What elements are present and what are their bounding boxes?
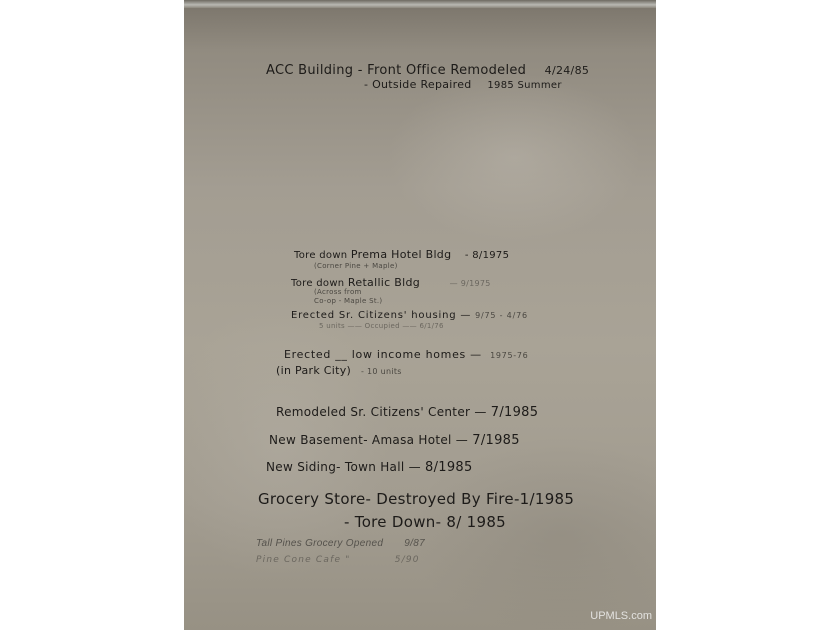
grocery-tore-down-line: - Tore Down- 8/ 1985 (344, 513, 506, 531)
sr-housing-line: Erected Sr. Citizens' housing — 9/75 - 4… (291, 310, 528, 321)
sr-housing-details: 5 units —— Occupied —— 6/1/76 (319, 322, 444, 330)
watermark: UPMLS.com (590, 610, 652, 622)
low-income-line: Erected __ low income homes — 1975-76 (284, 348, 528, 361)
low-income-text: Erected __ low income homes — (284, 348, 482, 361)
acc-building-text: ACC Building - Front Office Remodeled (266, 63, 526, 78)
sr-center-text: Remodeled Sr. Citizens' Center — (276, 405, 487, 419)
pine-cone-date: 5/90 (395, 555, 420, 565)
wall-photo: ACC Building - Front Office Remodeled 4/… (184, 0, 656, 630)
pine-cone-line: Pine Cone Cafe " 5/90 (256, 555, 420, 565)
pine-cone-text: Pine Cone Cafe " (256, 555, 351, 565)
retallic-date: — 9/1975 (450, 279, 491, 288)
retallic-location-line1: (Across from (314, 288, 382, 297)
amasa-hotel-line: New Basement- Amasa Hotel — 7/1985 (269, 433, 520, 448)
town-hall-line: New Siding- Town Hall — 8/1985 (266, 460, 473, 475)
sr-center-date: 7/1985 (491, 405, 539, 420)
park-city-text: (in Park City) (276, 364, 351, 377)
acc-building-line: ACC Building - Front Office Remodeled 4/… (266, 63, 589, 78)
prema-hotel-date: - 8/1975 (465, 250, 509, 261)
wall-top-edge (184, 0, 656, 8)
prema-hotel-prefix: Tore down (294, 250, 347, 261)
sr-housing-text: Erected Sr. Citizens' housing — (291, 310, 471, 321)
acc-building-date: 4/24/85 (545, 64, 590, 77)
amasa-hotel-text: New Basement- Amasa Hotel — (269, 433, 468, 447)
sr-housing-date: 9/75 - 4/76 (475, 311, 528, 320)
prema-hotel-location: (Corner Pine + Maple) (314, 262, 398, 270)
outside-repaired-line: - Outside Repaired 1985 Summer (364, 78, 562, 91)
low-income-date: 1975-76 (490, 351, 528, 360)
prema-hotel-subject: Prema Hotel Bldg (351, 248, 451, 261)
grocery-fire-line: Grocery Store- Destroyed By Fire-1/1985 (258, 490, 574, 508)
amasa-hotel-date: 7/1985 (472, 433, 520, 448)
tall-pines-text: Tall Pines Grocery Opened (256, 538, 383, 549)
prema-hotel-line: Tore down Prema Hotel Bldg - 8/1975 (294, 248, 509, 261)
outside-repaired-date: 1985 Summer (487, 80, 561, 91)
sr-center-line: Remodeled Sr. Citizens' Center — 7/1985 (276, 405, 538, 420)
outside-repaired-text: - Outside Repaired (364, 78, 472, 91)
retallic-location-line2: Co-op - Maple St.) (314, 297, 382, 306)
park-city-units: - 10 units (361, 367, 402, 376)
tall-pines-date: 9/87 (404, 538, 425, 549)
retallic-location: (Across from Co-op - Maple St.) (314, 288, 382, 306)
town-hall-text: New Siding- Town Hall — (266, 460, 421, 474)
town-hall-date: 8/1985 (425, 460, 473, 475)
tall-pines-line: Tall Pines Grocery Opened 9/87 (256, 538, 425, 549)
park-city-line: (in Park City) - 10 units (276, 364, 402, 377)
